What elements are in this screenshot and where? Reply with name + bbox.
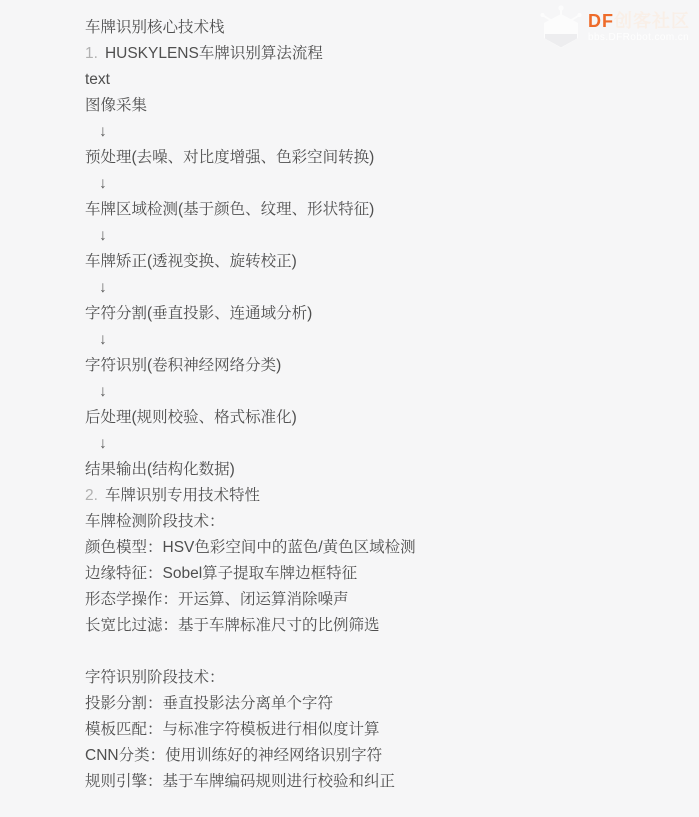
text-line: 颜色模型：HSV色彩空间中的蓝色/黄色区域检测 xyxy=(85,535,669,561)
flow-step: 车牌区域检测(基于颜色、纹理、形状特征) xyxy=(85,197,669,223)
text-line: CNN分类：使用训练好的神经网络识别字符 xyxy=(85,743,669,769)
flow-arrow-icon: ↓ xyxy=(85,119,669,145)
logo-title: DF创客社区 xyxy=(588,11,690,31)
logo-df-text: DF xyxy=(588,11,614,31)
flow-step: 预处理(去噪、对比度增强、色彩空间转换) xyxy=(85,145,669,171)
list-item-number: 1. xyxy=(85,45,98,62)
text-line: 长宽比过滤：基于车牌标准尺寸的比例筛选 xyxy=(85,613,669,639)
text-line: 投影分割：垂直投影法分离单个字符 xyxy=(85,691,669,717)
flow-step: 图像采集 xyxy=(85,93,669,119)
dfrobot-watermark: DF创客社区 bbs.DFRobot.com.cn xyxy=(537,4,690,52)
flow-step: 后处理(规则校验、格式标准化) xyxy=(85,405,669,431)
flow-arrow-icon: ↓ xyxy=(85,431,669,457)
robot-icon xyxy=(537,4,585,52)
flow-arrow-icon: ↓ xyxy=(85,327,669,353)
flow-arrow-icon: ↓ xyxy=(85,171,669,197)
list-item-text: 车牌识别专用技术特性 xyxy=(105,487,260,504)
flow-step: 字符识别(卷积神经网络分类) xyxy=(85,353,669,379)
list-item-number: 2. xyxy=(85,487,98,504)
logo-community-text: 创客社区 xyxy=(614,11,690,31)
text-line: 模板匹配：与标准字符模板进行相似度计算 xyxy=(85,717,669,743)
flow-arrow-icon: ↓ xyxy=(85,223,669,249)
blank-line xyxy=(85,639,669,665)
logo-url-text: bbs.DFRobot.com.cn xyxy=(588,32,690,43)
flow-step: 车牌矫正(透视变换、旋转校正) xyxy=(85,249,669,275)
text-line: 字符识别阶段技术： xyxy=(85,665,669,691)
ordered-list-item: 2.车牌识别专用技术特性 xyxy=(85,483,669,509)
text-line: text xyxy=(85,67,669,93)
text-line: 车牌检测阶段技术： xyxy=(85,509,669,535)
list-item-text: HUSKYLENS车牌识别算法流程 xyxy=(105,45,323,62)
document-lines: 车牌识别核心技术栈1.HUSKYLENS车牌识别算法流程text图像采集↓预处理… xyxy=(85,15,669,795)
flow-step: 字符分割(垂直投影、连通域分析) xyxy=(85,301,669,327)
text-line: 形态学操作：开运算、闭运算消除噪声 xyxy=(85,587,669,613)
flow-arrow-icon: ↓ xyxy=(85,379,669,405)
flow-step: 结果输出(结构化数据) xyxy=(85,457,669,483)
document-content: 车牌识别核心技术栈1.HUSKYLENS车牌识别算法流程text图像采集↓预处理… xyxy=(0,0,699,795)
flow-arrow-icon: ↓ xyxy=(85,275,669,301)
text-line: 规则引擎：基于车牌编码规则进行校验和纠正 xyxy=(85,769,669,795)
text-line: 边缘特征：Sobel算子提取车牌边框特征 xyxy=(85,561,669,587)
logo-text-block: DF创客社区 bbs.DFRobot.com.cn xyxy=(588,4,690,43)
